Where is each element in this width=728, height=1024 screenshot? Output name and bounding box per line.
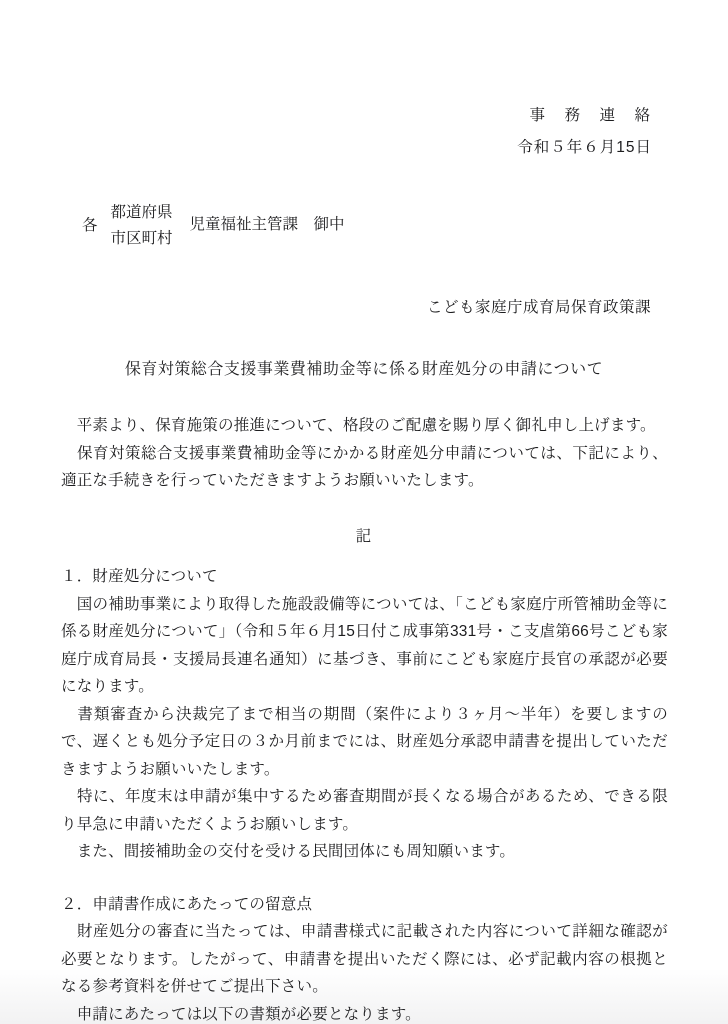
section-paragraph: 国の補助事業により取得した施設設備等については、「こども家庭庁所管補助金等に係る… — [61, 591, 668, 701]
greeting-paragraph: 平素より、保育施策の推進について、格段のご配慮を賜り厚く御礼申し上げます。 — [61, 412, 668, 440]
addressee-prefix: 各 — [82, 218, 98, 234]
sender-department: こども家庭庁成育局保育政策課 — [427, 295, 651, 317]
addressee-office: 児童福祉主管課 御中 — [190, 212, 345, 234]
greeting-paragraph: 保育対策総合支援事業費補助金等にかかる財産処分申請については、下記により、適正な… — [61, 440, 668, 495]
greeting-block: 平素より、保育施策の推進について、格段のご配慮を賜り厚く御礼申し上げます。 保育… — [61, 412, 668, 495]
addressee-region-stack: 都道府県 市区町村 — [111, 200, 173, 252]
section-heading: １．財産処分について — [61, 563, 668, 591]
section-property-disposal: １．財産処分について 国の補助事業により取得した施設設備等については、「こども家… — [61, 563, 668, 866]
section-paragraph: また、間接補助金の交付を受ける民間団体にも周知願います。 — [61, 838, 668, 866]
section-application-notes: ２．申請書作成にあたっての留意点 財産処分の審査に当たっては、申請書様式に記載さ… — [61, 891, 668, 1024]
addressee-region-line: 市区町村 — [111, 226, 173, 252]
addressee: 各 都道府県 市区町村 児童福祉主管課 御中 — [82, 200, 345, 252]
record-marker: 記 — [0, 524, 728, 546]
section-paragraph: 申請にあたっては以下の書類が必要となります。 — [61, 1001, 668, 1024]
section-paragraph: 財産処分の審査に当たっては、申請書様式に記載された内容について詳細な確認が必要と… — [61, 918, 668, 1001]
section-paragraph: 特に、年度末は申請が集中するため審査期間が長くなる場合があるため、できる限り早急… — [61, 783, 668, 838]
doc-date: 令和５年６月15日 — [517, 132, 652, 164]
document-header: 事 務 連 絡 令和５年６月15日 — [517, 100, 652, 164]
doc-title: 保育対策総合支援事業費補助金等に係る財産処分の申請について — [0, 356, 728, 379]
section-heading: ２．申請書作成にあたっての留意点 — [61, 891, 668, 919]
doc-type-label: 事 務 連 絡 — [517, 100, 652, 132]
sections-block: １．財産処分について 国の補助事業により取得した施設設備等については、「こども家… — [61, 563, 668, 1024]
section-paragraph: 書類審査から決裁完了まで相当の期間（案件により３ヶ月～半年）を要しますので、遅く… — [61, 701, 668, 784]
addressee-region-line: 都道府県 — [111, 200, 173, 226]
document-page: 事 務 連 絡 令和５年６月15日 各 都道府県 市区町村 児童福祉主管課 御中… — [0, 0, 728, 1024]
